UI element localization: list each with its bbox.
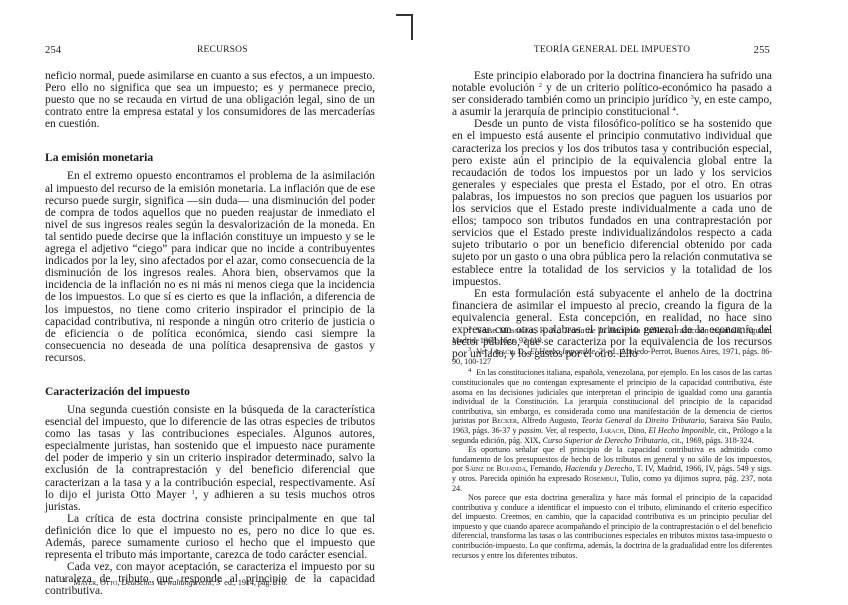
paragraph: En el extremo opuesto encontramos el pro… bbox=[45, 170, 375, 364]
left-page: 254 RECURSOS neficio normal, puede asimi… bbox=[45, 0, 375, 605]
footnote-2: 2Véase Musgrave, R. A., Teoría de la Hac… bbox=[452, 324, 772, 345]
footnote-author: Jarach, D., bbox=[490, 347, 528, 356]
right-page: TEORÍA GENERAL DEL IMPUESTO 255 Este pri… bbox=[452, 0, 772, 605]
footnote-author: Rosembuj, bbox=[584, 474, 619, 483]
paragraph: Una segunda cuestión consiste en la búsq… bbox=[45, 404, 375, 513]
footnote-number: 4 bbox=[468, 367, 471, 374]
footnote-title: Teoria General do Direito Tributario, bbox=[581, 416, 706, 425]
footnote-author: Mayer, Otto, bbox=[73, 578, 119, 587]
paragraph: Este principio elaborado por la doctrina… bbox=[452, 70, 772, 118]
footnote-text: Ver bbox=[476, 347, 487, 356]
footnote-text: Véase bbox=[476, 326, 496, 335]
footnote-4-continued: Nos parece que esta doctrina generaliza … bbox=[452, 493, 772, 560]
footnote-title: Deutsches Verwaltungsrecht, bbox=[121, 578, 214, 587]
footnotes: 1 Mayer, Otto, Deutsches Verwaltungsrech… bbox=[63, 576, 375, 588]
footnote-text: Fernando, bbox=[530, 464, 563, 473]
footnote-title: Hacienda y Derecho, bbox=[565, 464, 634, 473]
running-title: RECURSOS bbox=[197, 45, 248, 55]
footnote-number: 2 bbox=[468, 325, 471, 332]
footnote-author: Becker, bbox=[492, 416, 519, 425]
running-title: TEORÍA GENERAL DEL IMPUESTO bbox=[452, 45, 772, 55]
footnote-text: passim. bbox=[519, 426, 544, 435]
footnote-text: cit., 1969, págs. 318-324. bbox=[671, 436, 753, 445]
footnote-title: Teoría de la Hacienda Pública, bbox=[564, 326, 671, 335]
footnote-3: 3Ver Jarach, D., El Hecho Imponible, 2ª … bbox=[452, 345, 772, 366]
punctuation: . bbox=[676, 106, 679, 118]
footnote-number: 3 bbox=[468, 346, 471, 353]
footnotes: 2Véase Musgrave, R. A., Teoría de la Hac… bbox=[452, 324, 772, 560]
crop-mark-icon bbox=[396, 14, 416, 44]
page-number: 254 bbox=[45, 45, 61, 56]
paragraph-text: Una segunda cuestión consiste en la búsq… bbox=[45, 404, 375, 501]
left-body: neficio normal, puede asimilarse en cuan… bbox=[45, 70, 375, 597]
footnote-text: Alfredo Augusto, bbox=[521, 416, 578, 425]
footnote-title: El Hecho Imponible, bbox=[649, 426, 717, 435]
footnote-4: 4En las constituciones italiana, español… bbox=[452, 366, 772, 445]
running-head-left: 254 RECURSOS bbox=[45, 45, 375, 59]
running-head-right: TEORÍA GENERAL DEL IMPUESTO 255 bbox=[452, 45, 772, 59]
footnote-author: Musgrave, R. A., bbox=[500, 326, 561, 335]
right-body: Este principio elaborado por la doctrina… bbox=[452, 70, 772, 360]
footnote-author: Jarach, bbox=[600, 426, 626, 435]
paragraph: neficio normal, puede asimilarse en cuan… bbox=[45, 70, 375, 130]
section-heading: La emisión monetaria bbox=[45, 151, 375, 164]
paragraph: Desde un punto de vista filosófico-polít… bbox=[452, 118, 772, 287]
footnote-text: Dino, bbox=[628, 426, 646, 435]
footnote-text: supra, bbox=[701, 474, 721, 483]
paragraph-text: neficio normal, puede asimilarse en cuan… bbox=[45, 70, 375, 130]
footnote-title: El Hecho Imponible, bbox=[530, 347, 597, 356]
section-heading: Caracterización del impuesto bbox=[45, 385, 375, 398]
footnote-text: 3ª ed., 1914, pág. 316. bbox=[216, 578, 287, 587]
footnote-number: 1 bbox=[63, 577, 66, 584]
paragraph: La crítica de esta doctrina consiste pri… bbox=[45, 513, 375, 561]
footnote-ref[interactable]: 2 bbox=[539, 82, 542, 89]
footnote-4-continued: Es oportuno señalar que el principio de … bbox=[452, 445, 772, 493]
footnote-author: Sáinz de Bujanda, bbox=[465, 464, 528, 473]
page-number: 255 bbox=[754, 45, 770, 56]
footnote-title: Curso Superior de Derecho Tributario, bbox=[543, 436, 670, 445]
footnote-text: Ver, al respecto, bbox=[545, 426, 597, 435]
footnote-text: Tulio, como ya dijimos bbox=[621, 474, 698, 483]
